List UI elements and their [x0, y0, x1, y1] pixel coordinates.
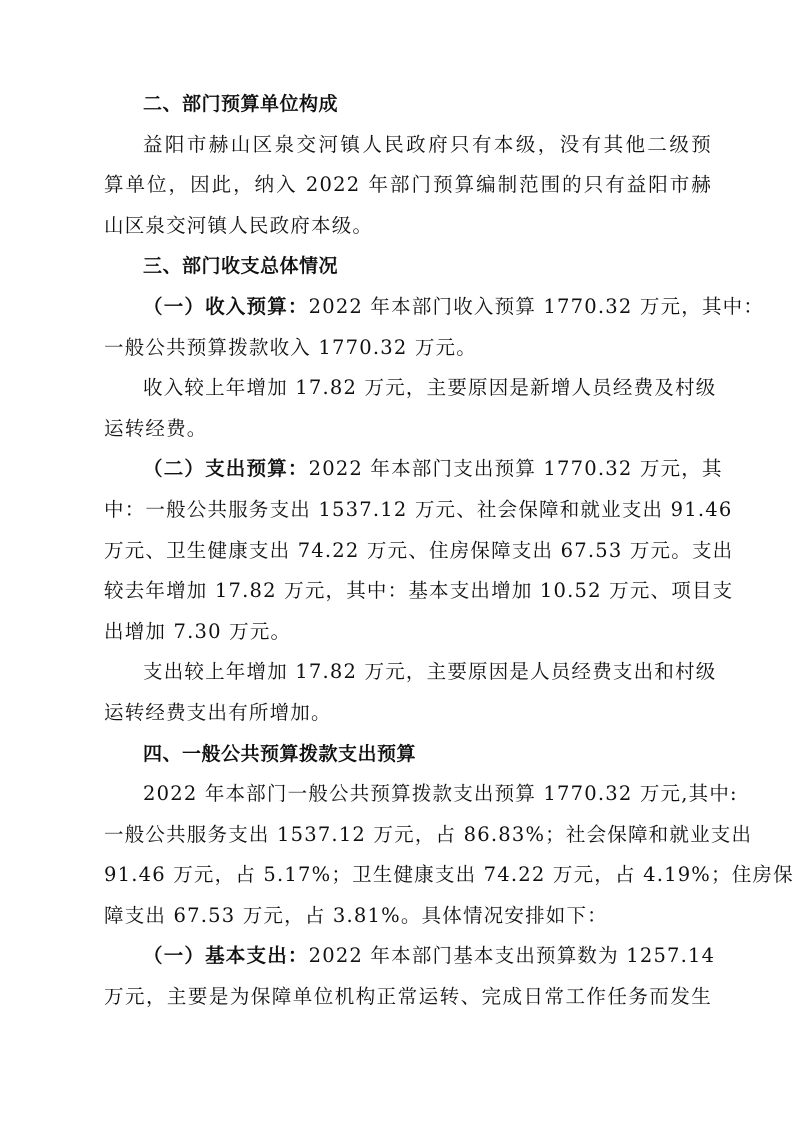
- expense-budget-text: 2022 年本部门支出预算 1770.32 万元，其: [309, 457, 723, 480]
- section-heading-general-public-budget: 四、一般公共预算拨款支出预算: [104, 734, 712, 775]
- expense-budget-label: （二）支出预算：: [143, 457, 309, 480]
- paragraph-line: 障支出 67.53 万元，占 3.81%。具体情况安排如下：: [104, 896, 712, 937]
- basic-expense-label: （一）基本支出：: [143, 944, 309, 967]
- income-budget-line: （一）收入预算：2022 年本部门收入预算 1770.32 万元，其中：: [104, 287, 712, 328]
- paragraph-line: 较去年增加 17.82 万元，其中：基本支出增加 10.52 万元、项目支: [104, 571, 712, 612]
- document-page: 二、部门预算单位构成 益阳市赫山区泉交河镇人民政府只有本级，没有其他二级预 算单…: [104, 84, 712, 1018]
- paragraph-line: 一般公共预算拨款收入 1770.32 万元。: [104, 328, 712, 369]
- income-budget-label: （一）收入预算：: [143, 295, 309, 318]
- paragraph-line: 2022 年本部门一般公共预算拨款支出预算 1770.32 万元,其中:: [104, 774, 712, 815]
- section-heading-overall-revenue-expense: 三、部门收支总体情况: [104, 246, 712, 287]
- paragraph-line: 运转经费支出有所增加。: [104, 693, 712, 734]
- income-budget-text: 2022 年本部门收入预算 1770.32 万元，其中：: [309, 295, 764, 318]
- paragraph-line: 运转经费。: [104, 409, 712, 450]
- paragraph-line: 算单位，因此，纳入 2022 年部门预算编制范围的只有益阳市赫: [104, 165, 712, 206]
- expense-budget-line: （二）支出预算：2022 年本部门支出预算 1770.32 万元，其: [104, 449, 712, 490]
- paragraph-line: 山区泉交河镇人民政府本级。: [104, 206, 712, 247]
- paragraph-line: 出增加 7.30 万元。: [104, 612, 712, 653]
- basic-expense-line: （一）基本支出：2022 年本部门基本支出预算数为 1257.14: [104, 936, 712, 977]
- paragraph-line: 益阳市赫山区泉交河镇人民政府只有本级，没有其他二级预: [104, 125, 712, 166]
- paragraph-line: 万元，主要是为保障单位机构正常运转、完成日常工作任务而发生: [104, 977, 712, 1018]
- section-heading-unit-composition: 二、部门预算单位构成: [104, 84, 712, 125]
- paragraph-line: 中：一般公共服务支出 1537.12 万元、社会保障和就业支出 91.46: [104, 490, 712, 531]
- paragraph-line: 支出较上年增加 17.82 万元，主要原因是人员经费支出和村级: [104, 652, 712, 693]
- paragraph-line: 收入较上年增加 17.82 万元，主要原因是新增人员经费及村级: [104, 368, 712, 409]
- paragraph-line: 万元、卫生健康支出 74.22 万元、住房保障支出 67.53 万元。支出: [104, 531, 712, 572]
- basic-expense-text: 2022 年本部门基本支出预算数为 1257.14: [309, 944, 716, 967]
- paragraph-line: 91.46 万元，占 5.17%；卫生健康支出 74.22 万元，占 4.19%…: [104, 855, 712, 896]
- paragraph-line: 一般公共服务支出 1537.12 万元，占 86.83%；社会保障和就业支出: [104, 815, 712, 856]
